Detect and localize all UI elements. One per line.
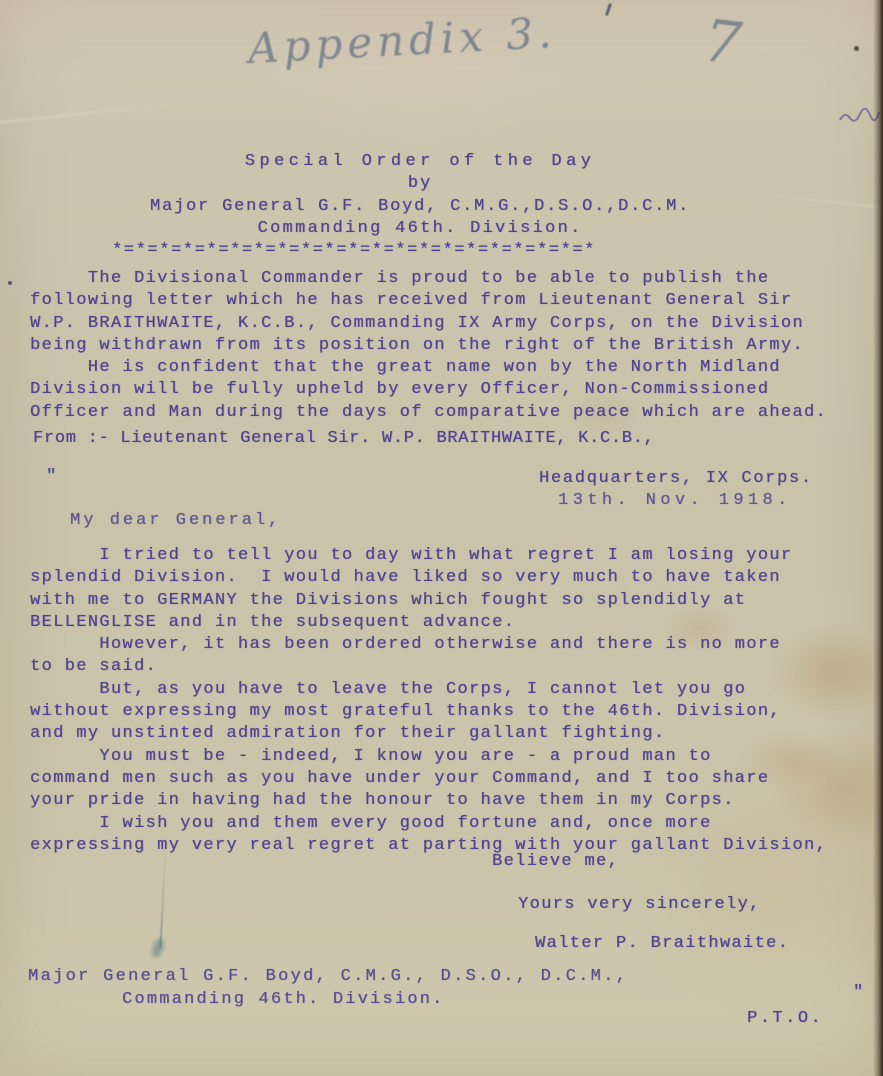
closing-valediction: Believe me, [492, 851, 619, 873]
handwritten-appendix-note: Appendix 3. [247, 8, 558, 73]
order-title: Special Order of the Day [30, 151, 810, 173]
order-by-line: by [30, 173, 810, 195]
pencil-smudge [150, 937, 166, 959]
paper-crease [0, 102, 190, 125]
pencil-stroke [159, 848, 166, 948]
footer-officer-line: Major General G.F. Boyd, C.M.G., D.S.O.,… [28, 966, 628, 988]
pto-note: P.T.O. [747, 1008, 823, 1030]
scan-edge-shadow [873, 0, 883, 1076]
from-line: From :- Lieutenant General Sir. W.P. BRA… [33, 428, 654, 450]
letterhead-date: 13th. Nov. 1918. [558, 490, 792, 512]
pencil-tick-mark [605, 3, 612, 16]
title-divider: *=*=*=*=*=*=*=*=*=*=*=*=*=*=*=*=*=*=*=*=… [112, 240, 596, 262]
order-officer-line: Major General G.F. Boyd, C.M.G.,D.S.O.,D… [30, 196, 810, 218]
signature: Walter P. Braithwaite. [535, 933, 789, 955]
footer-ditto-mark: " [853, 982, 865, 1004]
pin-hole-mark [854, 46, 859, 51]
margin-ink-dot [8, 281, 12, 285]
order-heading: Special Order of the Day by Major Genera… [30, 151, 810, 240]
handwritten-page-number: 7 [700, 6, 745, 78]
order-commanding-line: Commanding 46th. Division. [30, 218, 810, 240]
letterhead-location: Headquarters, IX Corps. [539, 468, 813, 490]
introduction-paragraphs: The Divisional Commander is proud to be … [30, 268, 878, 424]
scanned-letter-page: Appendix 3. 7 Special Order of the Day b… [0, 0, 883, 1076]
letter-body: I tried to tell you to day with what reg… [30, 545, 880, 857]
salutation: My dear General, [70, 510, 281, 532]
ditto-mark: " [46, 466, 58, 488]
footer-commanding-line: Commanding 46th. Division. [122, 989, 444, 1011]
closing-sincerely: Yours very sincerely, [518, 894, 761, 916]
